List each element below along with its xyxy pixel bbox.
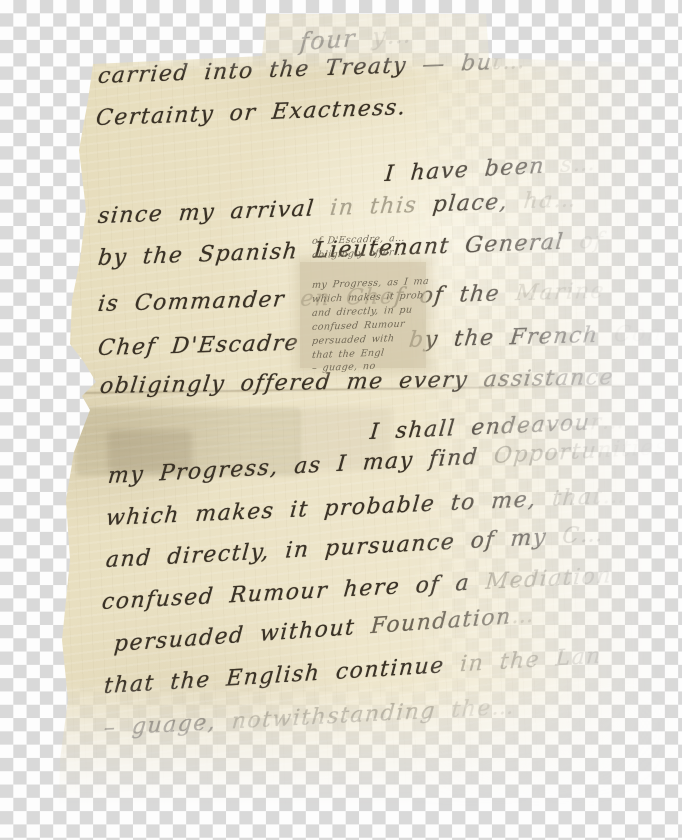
letter-line-segment: r… — [589, 409, 627, 436]
paper-right-fade: four y…carried into the Treaty — but…Cer… — [0, 0, 682, 840]
letter-line-segment: t… — [491, 49, 527, 75]
letter-line-segment: Con… — [613, 321, 682, 348]
transparent-image-canvas: four y…carried into the Treaty — but…Cer… — [0, 0, 682, 840]
letter-line-segment: C… — [561, 522, 605, 549]
letter-line-segment: the… — [450, 694, 516, 723]
letter-line-segment: — bu — [406, 50, 494, 78]
letter-line-segment: Marine — [514, 279, 606, 306]
letter-line-segment: Foundation — [370, 604, 513, 639]
letter-line-segment: tha — [551, 485, 594, 512]
letter-line-segment: is Commander — [97, 287, 302, 317]
letter-line-segment: assistance — [482, 365, 616, 392]
letter-paper: four y…carried into the Treaty — but…Cer… — [0, 0, 682, 840]
letter-line-segment: in this — [329, 192, 434, 221]
letter-line-segment: notwithstanding — [231, 698, 453, 735]
letter-line-segment: confused Rumour here of a — [101, 570, 487, 615]
letter-line-segment: in the Lan — [459, 643, 603, 677]
letter-line-segment: Opportu — [493, 438, 599, 469]
letter-line-segment: place, — [431, 189, 525, 217]
letter-line-segment: carried into the Treaty — [97, 53, 408, 89]
paper-top-fade: four y…carried into the Treaty — but…Cer… — [0, 0, 682, 840]
bleedthrough-line: – guage, no — [311, 361, 376, 374]
letter-line-segment: s… — [559, 151, 597, 178]
letter-line: – guage, notwithstanding the… — [103, 694, 517, 741]
letter-line: confused Rumour here of a Mediation — [101, 563, 613, 615]
letter-line: since my arrival in this place, ha… — [97, 187, 579, 229]
letter-line-segment: of — [578, 228, 605, 254]
letter-line: and directly, in pursuance of my C… — [105, 522, 605, 573]
letter-line-segment: y… — [371, 20, 413, 51]
letter-line-segment: deavou — [500, 410, 591, 439]
letter-line-segment: Certainty or Exactness. — [95, 95, 408, 131]
letter-line-segment: Chef D'Escadre — [97, 331, 301, 361]
letter-line: Certainty or Exactness. — [95, 95, 408, 131]
letter-line-segment: t… — [592, 483, 628, 510]
letter-line-segment: persuaded without — [113, 614, 372, 657]
letter-line-segment: that the English continue — [103, 652, 461, 699]
letter-line-segment: – guage, — [103, 709, 233, 741]
letter-line-segment: obligingly offered me every — [98, 367, 485, 399]
letter-line-segment: I have been — [384, 153, 562, 187]
letter-line-segment: nities — [596, 435, 669, 464]
letter-line: I have been s… — [384, 151, 598, 187]
letter-line-segment: four — [299, 23, 373, 56]
letter-line-segment: by the French — [408, 322, 616, 352]
letter-line-segment: and directly, in pursuance of my — [105, 524, 563, 573]
letter-line-segment: ha… — [522, 187, 578, 214]
paper-bottom-fade: four y…carried into the Treaty — but…Cer… — [0, 0, 682, 840]
letter-line-segment: … — [511, 602, 536, 629]
letter-line-segment: Mediation — [485, 563, 614, 595]
letter-line-segment: which makes it probable to me, — [105, 486, 554, 531]
letter-line-segment: since my arrival — [97, 196, 332, 229]
letter-line: four y… — [299, 20, 414, 56]
letter-line-segment: by the Spanish — [97, 238, 315, 271]
letter-line-segment: I shall en — [369, 414, 503, 445]
